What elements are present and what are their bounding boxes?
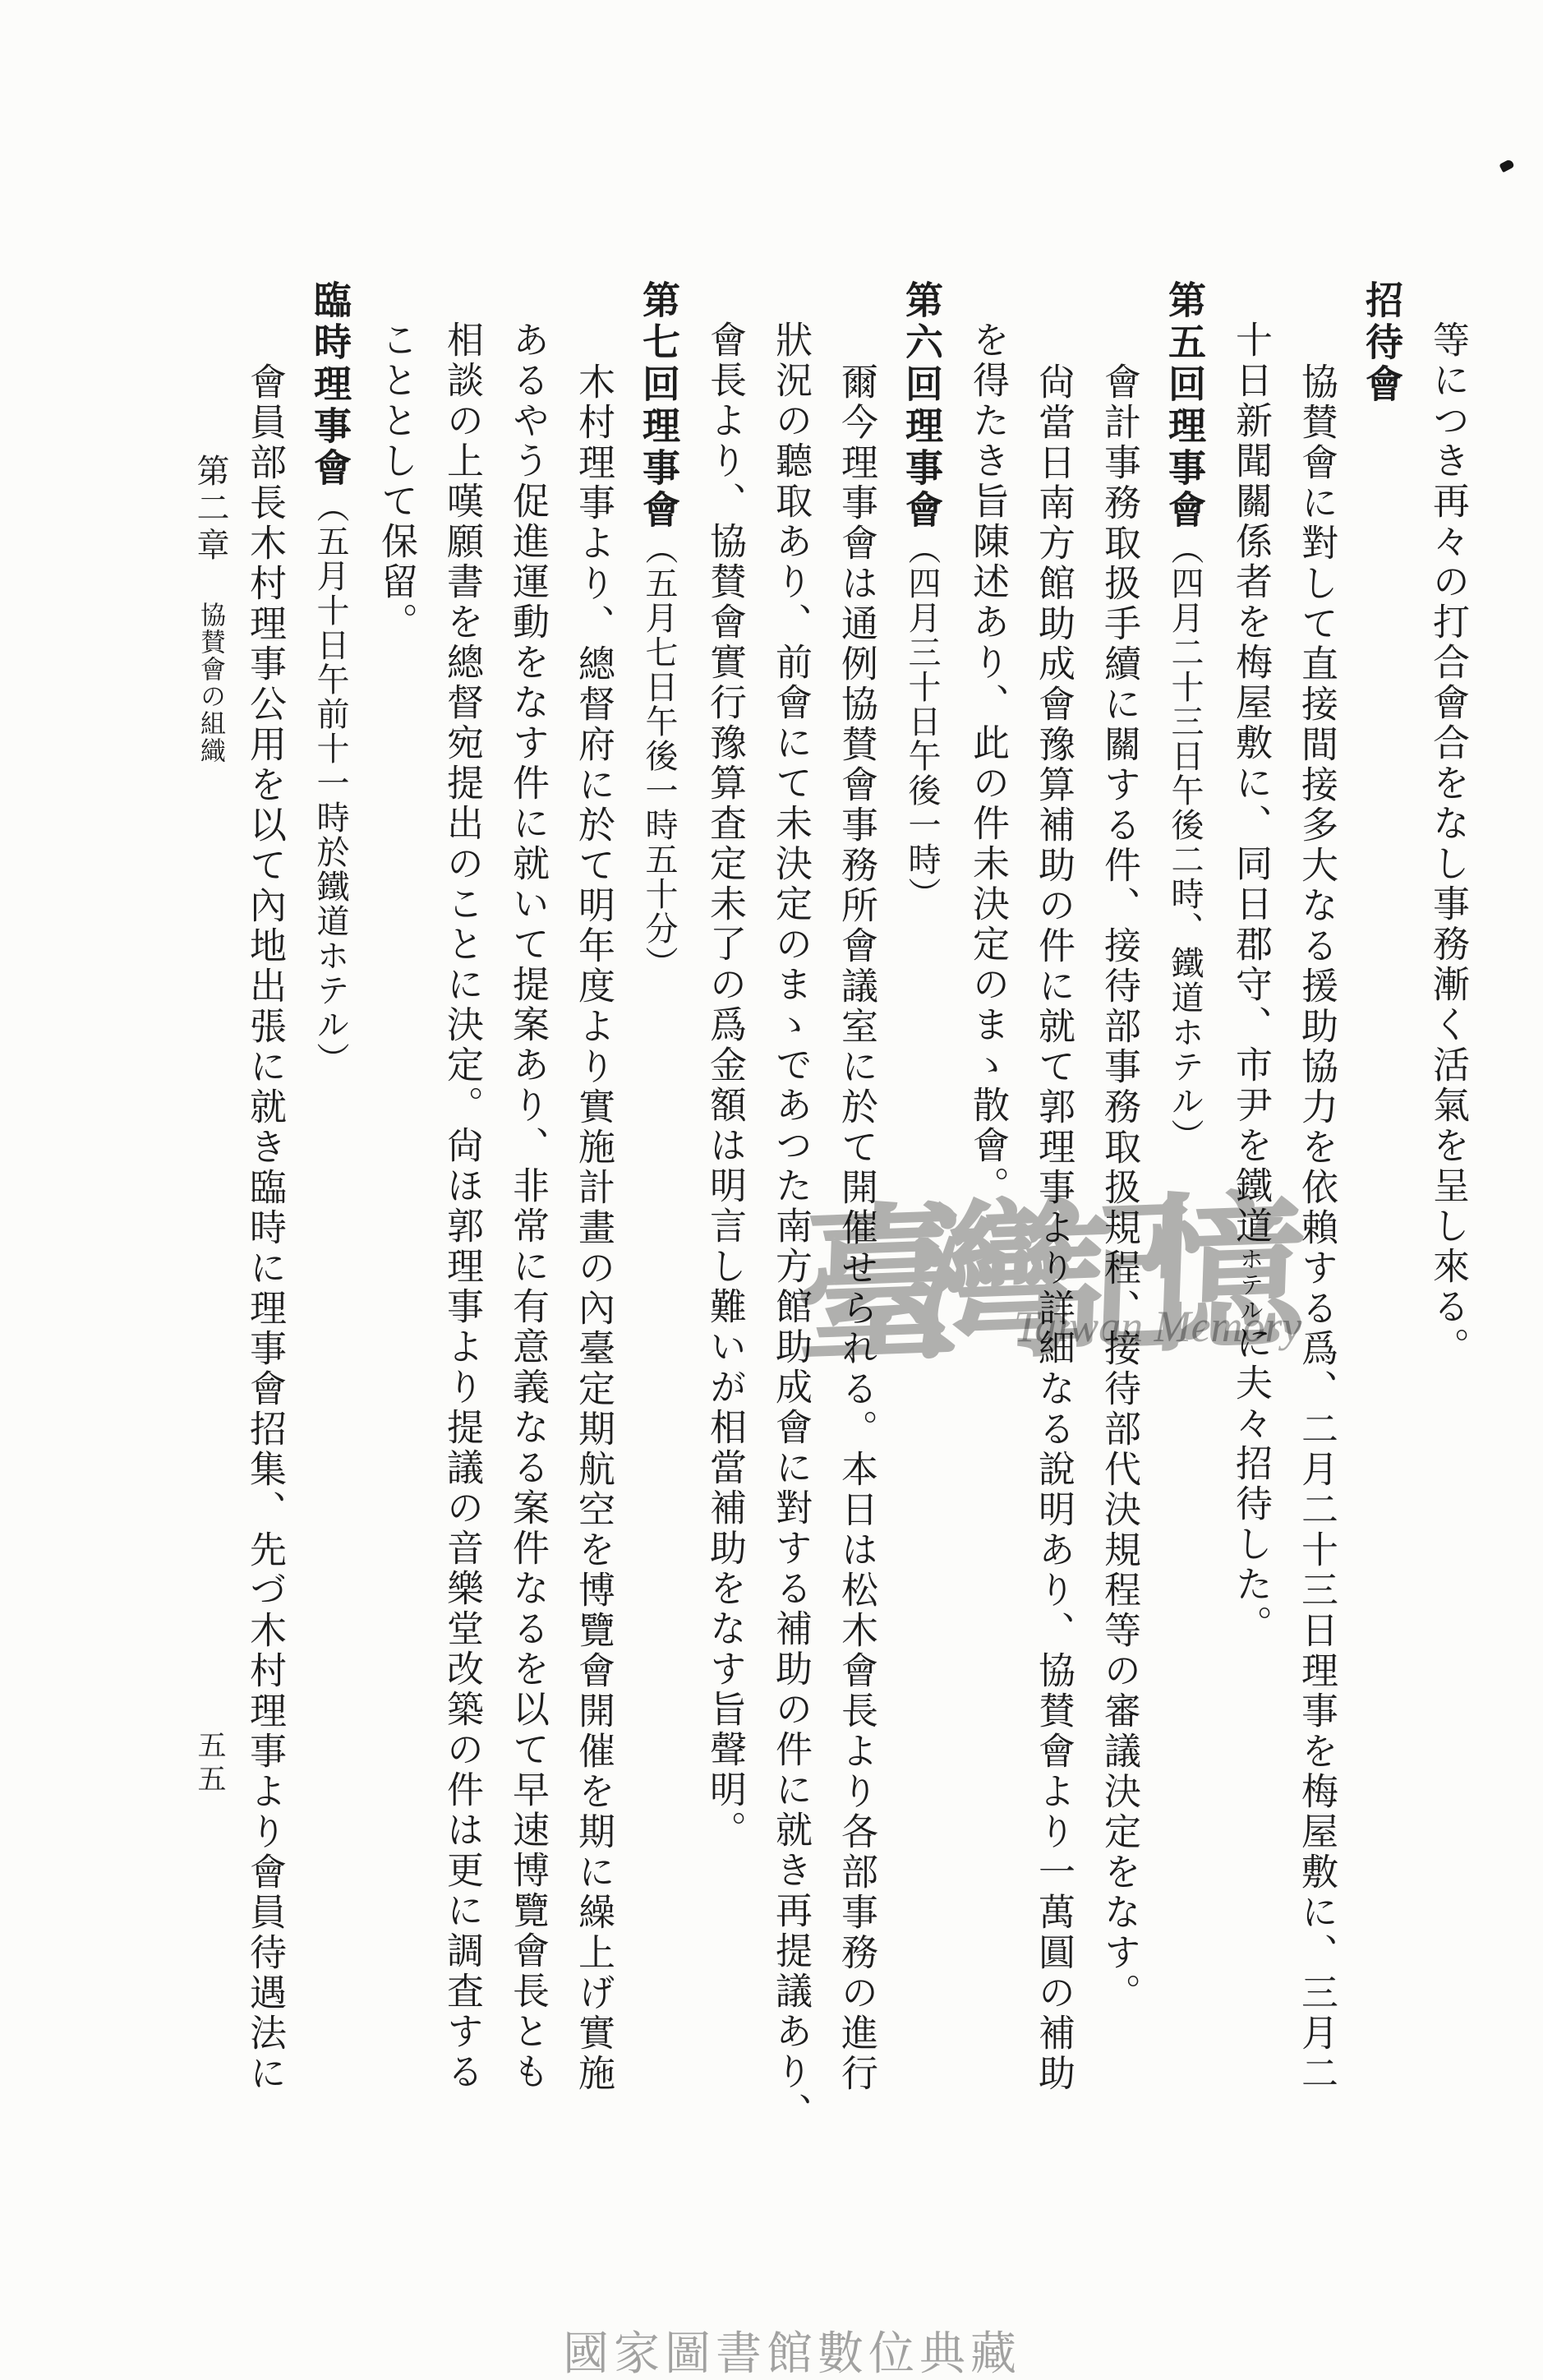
heading-text: 第七回理事會 bbox=[637, 280, 681, 532]
heading-paren-close: ） bbox=[1166, 1119, 1204, 1153]
text-segment: 十日新聞關係者を梅屋敷に、同日郡守、市尹を鐵道 bbox=[1229, 321, 1273, 1247]
section-heading-invitation-meeting: 招待會 bbox=[1349, 280, 1415, 2162]
chapter-label: 第二章 bbox=[191, 454, 229, 565]
text-column-9: 會長より、協賛會實行豫算査定未了の爲金額は明言し難いが相當補助をなす旨聲明。 bbox=[692, 280, 758, 2162]
text-column-13: こととして保留。 bbox=[363, 280, 429, 2162]
hotel-katakana-small: ホテル bbox=[311, 939, 349, 1042]
section-heading-7th-directors-meeting: 第七回理事會（五月七日午後一時五十分） bbox=[626, 280, 692, 2162]
text-column-10: 木村理事より、總督府に於て明年度より實施計畫の內臺定期航空を博覽會開催を期に繰上… bbox=[560, 280, 626, 2162]
heading-text: 第五回理事會 bbox=[1163, 280, 1207, 532]
taiwan-memory-cjk-watermark: 臺灣記憶 bbox=[792, 1173, 1325, 1405]
heading-datetime: （四月三十日午後一時） bbox=[903, 532, 941, 911]
hotel-katakana-small: ホテル bbox=[1166, 1015, 1204, 1119]
national-central-library-watermark: 國家圖書館數位典藏 bbox=[563, 2318, 1021, 2380]
heading-datetime: （五月七日午後一時五十分） bbox=[640, 532, 678, 980]
text-column-14: 會員部長木村理事公用を以て內地出張に就き臨時に理事會招集、先づ木村理事より會員待… bbox=[232, 280, 297, 2162]
text-column-1: 等につき再々の打合會合をなし事務漸く活氣を呈し來る。 bbox=[1415, 280, 1481, 2162]
taiwan-memory-latin-watermark: Taiwan Memory bbox=[1014, 1301, 1302, 1352]
text-column-12: 相談の上嘆願書を總督宛提出のことに決定。尙ほ郭理事より提議の音樂堂改築の件は更に… bbox=[429, 280, 495, 2162]
running-head-gap bbox=[191, 565, 229, 602]
heading-text: 臨時理事會 bbox=[308, 280, 352, 490]
scanned-book-page: 等につき再々の打合會合をなし事務漸く活氣を呈し來る。 招待會 協賛會に對して直接… bbox=[0, 0, 1543, 2380]
section-label: 協賛會の組織 bbox=[196, 602, 225, 764]
section-heading-extraordinary-directors-meeting: 臨時理事會（五月十日午前十一時於鐵道ホテル） bbox=[297, 280, 363, 2162]
heading-datetime: （四月二十三日午後二時、鐵道 bbox=[1166, 532, 1204, 1015]
heading-text: 第六回理事會 bbox=[900, 280, 944, 532]
page-number: 五五 bbox=[189, 1730, 230, 1797]
ink-blemish-mark bbox=[1499, 159, 1514, 173]
running-head: 第二章 協賛會の組織 bbox=[187, 454, 234, 764]
text-column-11: あるやう促進運動をなす件に就いて提案あり、非常に有意義なる案件なるを以て早速博覽… bbox=[495, 280, 560, 2162]
heading-paren-close: ） bbox=[311, 1042, 349, 1077]
heading-datetime: （五月十日午前十一時於鐵道 bbox=[311, 490, 349, 939]
